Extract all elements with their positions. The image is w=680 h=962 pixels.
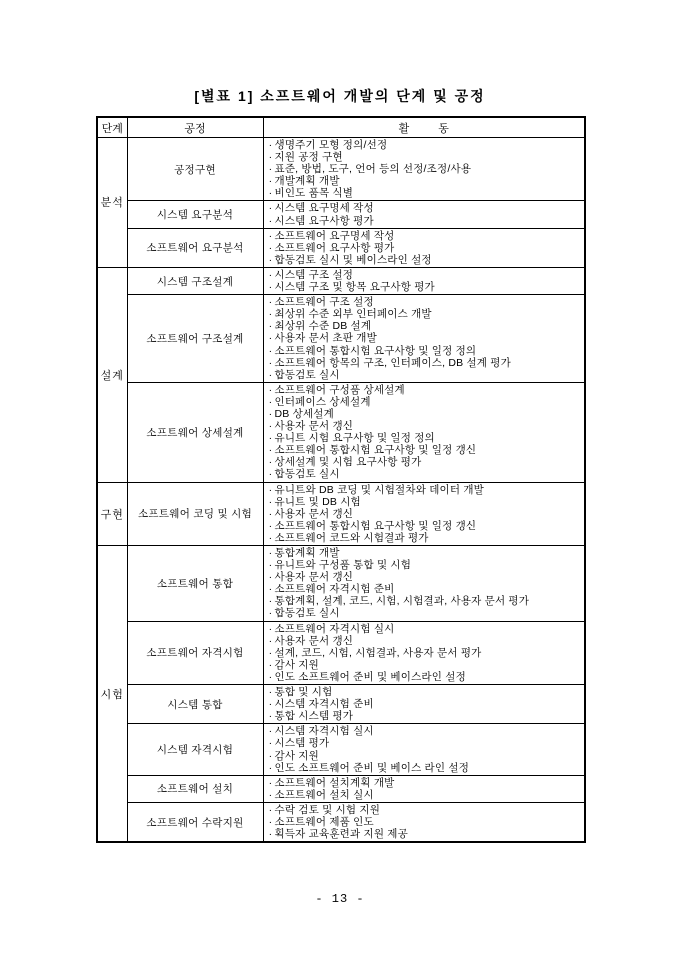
activity-line: ·소프트웨어 통합시험 요구사항 및 일정 정의 [267, 345, 583, 357]
process-cell: 공정구현 [127, 138, 263, 201]
stage-cell: 시험 [97, 546, 127, 843]
activity-line: ·DB 상세설계 [267, 408, 583, 420]
bullet-icon: · [267, 671, 275, 683]
activity-line: ·소프트웨어 요구사항 평가 [267, 242, 583, 254]
process-cell: 시스템 요구분석 [127, 201, 263, 228]
bullet-icon: · [267, 635, 275, 647]
activity-line: ·소프트웨어 자격시험 실시 [267, 623, 583, 635]
table-row: 시스템 요구분석·시스템 요구명세 작성·시스템 요구사항 평가 [97, 201, 585, 228]
activity-line: ·소프트웨어 구성품 상세설계 [267, 384, 583, 396]
bullet-icon: · [267, 369, 275, 381]
bullet-icon: · [267, 659, 275, 671]
bullet-icon: · [267, 332, 275, 344]
activity-line: ·유니트와 구성품 통합 및 시험 [267, 559, 583, 571]
process-cell: 소프트웨어 자격시험 [127, 621, 263, 684]
bullet-icon: · [267, 345, 275, 357]
activity-line: ·소프트웨어 설치계획 개발 [267, 777, 583, 789]
activity-line: ·최상위 수준 외부 인터페이스 개발 [267, 308, 583, 320]
process-cell: 소프트웨어 상세설계 [127, 382, 263, 482]
stage-cell: 구현 [97, 482, 127, 545]
activity-line: ·시스템 자격시험 실시 [267, 725, 583, 737]
activity-line: ·감사 지원 [267, 750, 583, 762]
bullet-icon: · [267, 254, 275, 266]
bullet-icon: · [267, 230, 275, 242]
bullet-icon: · [267, 828, 275, 840]
bullet-icon: · [267, 762, 275, 774]
table-row: 소프트웨어 구조설계·소프트웨어 구조 설정·최상위 수준 외부 인터페이스 개… [97, 295, 585, 383]
activity-line: ·감사 지원 [267, 659, 583, 671]
bullet-icon: · [267, 308, 275, 320]
table-row: 시스템 자격시험·시스템 자격시험 실시·시스템 평가·감사 지원·인도 소프트… [97, 724, 585, 775]
activities-cell: ·시스템 요구명세 작성·시스템 요구사항 평가 [263, 201, 585, 228]
activity-line: ·최상위 수준 DB 설계 [267, 320, 583, 332]
activity-line: ·시스템 자격시험 준비 [267, 698, 583, 710]
bullet-icon: · [267, 215, 275, 227]
bullet-icon: · [267, 296, 275, 308]
bullet-icon: · [267, 269, 275, 281]
bullet-icon: · [267, 532, 275, 544]
activity-line: ·표준, 방법, 도구, 언어 등의 선정/조정/사용 [267, 163, 583, 175]
process-cell: 시스템 구조설계 [127, 267, 263, 294]
header-row: 단계 공정 활 동 [97, 117, 585, 138]
bullet-icon: · [267, 484, 275, 496]
activity-line: ·유니트와 DB 코딩 및 시험절차와 데이터 개발 [267, 484, 583, 496]
bullet-icon: · [267, 202, 275, 214]
activities-cell: ·시스템 자격시험 실시·시스템 평가·감사 지원·인도 소프트웨어 준비 및 … [263, 724, 585, 775]
activity-line: ·인도 소프트웨어 준비 및 베이스 라인 설정 [267, 762, 583, 774]
activities-cell: ·통합계획 개발·유니트와 구성품 통합 및 시험·사용자 문서 갱신·소프트웨… [263, 546, 585, 622]
process-cell: 소프트웨어 구조설계 [127, 295, 263, 383]
bullet-icon: · [267, 710, 275, 722]
process-cell: 소프트웨어 코딩 및 시험 [127, 482, 263, 545]
table-row: 소프트웨어 요구분석·소프트웨어 요구명세 작성·소프트웨어 요구사항 평가·합… [97, 228, 585, 267]
bullet-icon: · [267, 789, 275, 801]
bullet-icon: · [267, 175, 275, 187]
stage-cell: 설계 [97, 267, 127, 482]
activity-line: ·획득자 교육훈련과 지원 제공 [267, 828, 583, 840]
activity-line: ·사용자 문서 갱신 [267, 635, 583, 647]
bullet-icon: · [267, 456, 275, 468]
activity-line: ·소프트웨어 제품 인도 [267, 816, 583, 828]
process-cell: 소프트웨어 통합 [127, 546, 263, 622]
bullet-icon: · [267, 595, 275, 607]
table-row: 시험소프트웨어 통합·통합계획 개발·유니트와 구성품 통합 및 시험·사용자 … [97, 546, 585, 622]
process-table: 단계 공정 활 동 분석공정구현·생명주기 모형 정의/선정·지원 공정 구현·… [96, 116, 586, 843]
activity-line: ·소프트웨어 요구명세 작성 [267, 230, 583, 242]
bullet-icon: · [267, 281, 275, 293]
activity-line: ·시스템 요구사항 평가 [267, 215, 583, 227]
activity-line: ·생명주기 모형 정의/선정 [267, 139, 583, 151]
activities-cell: ·생명주기 모형 정의/선정·지원 공정 구현·표준, 방법, 도구, 언어 등… [263, 138, 585, 201]
bullet-icon: · [267, 583, 275, 595]
bullet-icon: · [267, 686, 275, 698]
activity-line: ·인도 소프트웨어 준비 및 베이스라인 설정 [267, 671, 583, 683]
table-row: 설계시스템 구조설계·시스템 구조 설정·시스템 구조 및 항목 요구사항 평가 [97, 267, 585, 294]
bullet-icon: · [267, 468, 275, 480]
bullet-icon: · [267, 242, 275, 254]
bullet-icon: · [267, 432, 275, 444]
table-row: 소프트웨어 설치·소프트웨어 설치계획 개발·소프트웨어 설치 실시 [97, 775, 585, 802]
activities-cell: ·소프트웨어 구성품 상세설계·인터페이스 상세설계·DB 상세설계·사용자 문… [263, 382, 585, 482]
activity-line: ·소프트웨어 구조 설정 [267, 296, 583, 308]
activity-line: ·지원 공정 구현 [267, 151, 583, 163]
bullet-icon: · [267, 151, 275, 163]
table-row: 소프트웨어 자격시험·소프트웨어 자격시험 실시·사용자 문서 갱신·설계, 코… [97, 621, 585, 684]
bullet-icon: · [267, 816, 275, 828]
bullet-icon: · [267, 750, 275, 762]
activity-line: ·통합 시스템 평가 [267, 710, 583, 722]
activity-line: ·소프트웨어 코드와 시험결과 평가 [267, 532, 583, 544]
activity-line: ·상세설계 및 시험 요구사항 평가 [267, 456, 583, 468]
bullet-icon: · [267, 777, 275, 789]
activity-line: ·소프트웨어 자격시험 준비 [267, 583, 583, 595]
activity-line: ·사용자 문서 초판 개발 [267, 332, 583, 344]
activity-line: ·소프트웨어 통합시험 요구사항 및 일정 갱신 [267, 520, 583, 532]
activity-line: ·유니트 시험 요구사항 및 일정 정의 [267, 432, 583, 444]
activity-line: ·통합 및 시험 [267, 686, 583, 698]
table-row: 분석공정구현·생명주기 모형 정의/선정·지원 공정 구현·표준, 방법, 도구… [97, 138, 585, 201]
stage-cell: 분석 [97, 138, 127, 268]
activity-line: ·시스템 구조 설정 [267, 269, 583, 281]
table-row: 시스템 통합·통합 및 시험·시스템 자격시험 준비·통합 시스템 평가 [97, 685, 585, 724]
activity-line: ·유니트 및 DB 시험 [267, 496, 583, 508]
bullet-icon: · [267, 698, 275, 710]
table-row: 구현소프트웨어 코딩 및 시험·유니트와 DB 코딩 및 시험절차와 데이터 개… [97, 482, 585, 545]
bullet-icon: · [267, 725, 275, 737]
header-stage: 단계 [97, 117, 127, 138]
page-title: [별표 1] 소프트웨어 개발의 단계 및 공정 [0, 86, 680, 106]
bullet-icon: · [267, 139, 275, 151]
page-number: - 13 - [0, 892, 680, 906]
activities-cell: ·소프트웨어 자격시험 실시·사용자 문서 갱신·설계, 코드, 시험, 시험결… [263, 621, 585, 684]
process-cell: 시스템 자격시험 [127, 724, 263, 775]
process-cell: 소프트웨어 수락지원 [127, 802, 263, 842]
bullet-icon: · [267, 396, 275, 408]
activity-line: ·사용자 문서 갱신 [267, 571, 583, 583]
activity-line: ·통합계획, 설계, 코드, 시험, 시험결과, 사용자 문서 평가 [267, 595, 583, 607]
table-row: 소프트웨어 상세설계·소프트웨어 구성품 상세설계·인터페이스 상세설계·DB … [97, 382, 585, 482]
activities-cell: ·유니트와 DB 코딩 및 시험절차와 데이터 개발·유니트 및 DB 시험·사… [263, 482, 585, 545]
bullet-icon: · [267, 623, 275, 635]
activities-cell: ·소프트웨어 설치계획 개발·소프트웨어 설치 실시 [263, 775, 585, 802]
activities-cell: ·소프트웨어 요구명세 작성·소프트웨어 요구사항 평가·합동검토 실시 및 베… [263, 228, 585, 267]
bullet-icon: · [267, 163, 275, 175]
bullet-icon: · [267, 607, 275, 619]
bullet-icon: · [267, 384, 275, 396]
activity-line: ·소프트웨어 설치 실시 [267, 789, 583, 801]
bullet-icon: · [267, 320, 275, 332]
activity-line: ·수락 검토 및 시험 지원 [267, 804, 583, 816]
activity-line: ·합동검토 실시 [267, 468, 583, 480]
table-header: 단계 공정 활 동 [97, 117, 585, 138]
activity-line: ·통합계획 개발 [267, 547, 583, 559]
bullet-icon: · [267, 571, 275, 583]
activity-line: ·소프트웨어 통합시험 요구사항 및 일정 갱신 [267, 444, 583, 456]
header-activity: 활 동 [263, 117, 585, 138]
bullet-icon: · [267, 647, 275, 659]
bullet-icon: · [267, 508, 275, 520]
process-cell: 시스템 통합 [127, 685, 263, 724]
bullet-icon: · [267, 547, 275, 559]
activities-cell: ·통합 및 시험·시스템 자격시험 준비·통합 시스템 평가 [263, 685, 585, 724]
activity-line: ·시스템 요구명세 작성 [267, 202, 583, 214]
bullet-icon: · [267, 496, 275, 508]
activity-line: ·소프트웨어 항목의 구조, 인터페이스, DB 설계 평가 [267, 357, 583, 369]
bullet-icon: · [267, 187, 275, 199]
activity-line: ·합동검토 실시 [267, 369, 583, 381]
activity-line: ·개발계획 개발 [267, 175, 583, 187]
bullet-icon: · [267, 420, 275, 432]
activity-line: ·설계, 코드, 시험, 시험결과, 사용자 문서 평가 [267, 647, 583, 659]
bullet-icon: · [267, 408, 275, 420]
bullet-icon: · [267, 520, 275, 532]
activities-cell: ·시스템 구조 설정·시스템 구조 및 항목 요구사항 평가 [263, 267, 585, 294]
activities-cell: ·수락 검토 및 시험 지원·소프트웨어 제품 인도·획득자 교육훈련과 지원 … [263, 802, 585, 842]
bullet-icon: · [267, 737, 275, 749]
activity-line: ·사용자 문서 갱신 [267, 508, 583, 520]
activity-line: ·시스템 구조 및 항목 요구사항 평가 [267, 281, 583, 293]
process-cell: 소프트웨어 요구분석 [127, 228, 263, 267]
bullet-icon: · [267, 444, 275, 456]
activities-cell: ·소프트웨어 구조 설정·최상위 수준 외부 인터페이스 개발·최상위 수준 D… [263, 295, 585, 383]
bullet-icon: · [267, 559, 275, 571]
activity-line: ·비인도 품목 식별 [267, 187, 583, 199]
table-row: 소프트웨어 수락지원·수락 검토 및 시험 지원·소프트웨어 제품 인도·획득자… [97, 802, 585, 842]
activity-line: ·합동검토 실시 및 베이스라인 설정 [267, 254, 583, 266]
header-process: 공정 [127, 117, 263, 138]
bullet-icon: · [267, 357, 275, 369]
process-table-body: 분석공정구현·생명주기 모형 정의/선정·지원 공정 구현·표준, 방법, 도구… [97, 138, 585, 843]
process-cell: 소프트웨어 설치 [127, 775, 263, 802]
activity-line: ·시스템 평가 [267, 737, 583, 749]
bullet-icon: · [267, 804, 275, 816]
activity-line: ·인터페이스 상세설계 [267, 396, 583, 408]
activity-line: ·합동검토 실시 [267, 607, 583, 619]
activity-line: ·사용자 문서 갱신 [267, 420, 583, 432]
